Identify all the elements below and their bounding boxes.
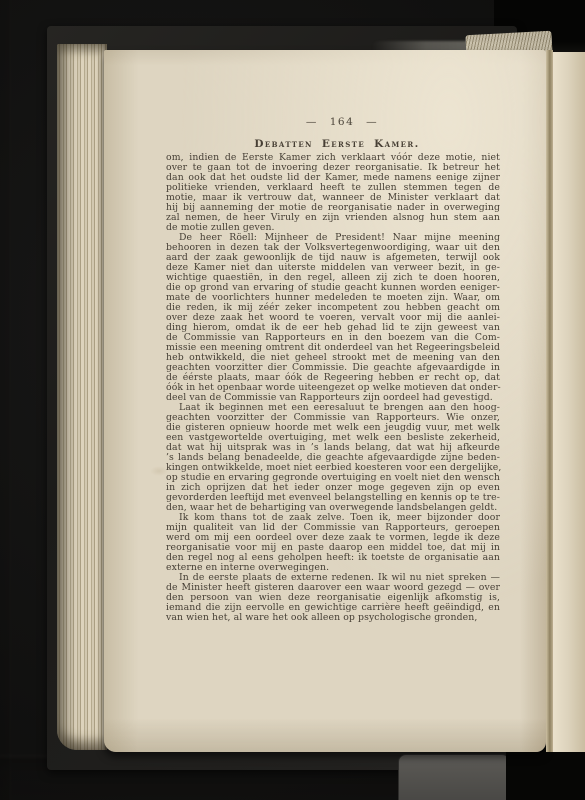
gutter-crease bbox=[546, 50, 553, 752]
facing-page-edge bbox=[553, 52, 585, 752]
bottom-right-shadow-gap bbox=[506, 748, 585, 800]
paragraph: Laat ik beginnen met een eeresaluut te b… bbox=[166, 403, 500, 513]
text-block: om, indien de Eerste Kamer zich verklaar… bbox=[166, 153, 500, 623]
text-line: van wien het, al ware het ook alleen op … bbox=[166, 613, 500, 623]
scanner-clamp bbox=[398, 754, 510, 800]
page-number: — 164 — bbox=[175, 116, 509, 128]
book-scan-scene: — 164 — Debatten Eerste Kamer. om, indie… bbox=[0, 0, 585, 800]
book-page: — 164 — Debatten Eerste Kamer. om, indie… bbox=[104, 50, 546, 752]
fanned-page-edges bbox=[57, 44, 107, 750]
paragraph: Ik kom thans tot de zaak zelve. Toen ik,… bbox=[166, 513, 500, 573]
paragraph: De heer Röell: Mijnheer de President! Na… bbox=[166, 233, 500, 403]
paper-stain bbox=[414, 284, 436, 296]
page-heading: Debatten Eerste Kamer. bbox=[170, 138, 504, 150]
paragraph: In de eerste plaats de externe redenen. … bbox=[166, 573, 500, 623]
paper-stain bbox=[150, 466, 168, 476]
printed-content: — 164 — Debatten Eerste Kamer. om, indie… bbox=[166, 116, 500, 623]
paragraph: om, indien de Eerste Kamer zich verklaar… bbox=[166, 153, 500, 233]
